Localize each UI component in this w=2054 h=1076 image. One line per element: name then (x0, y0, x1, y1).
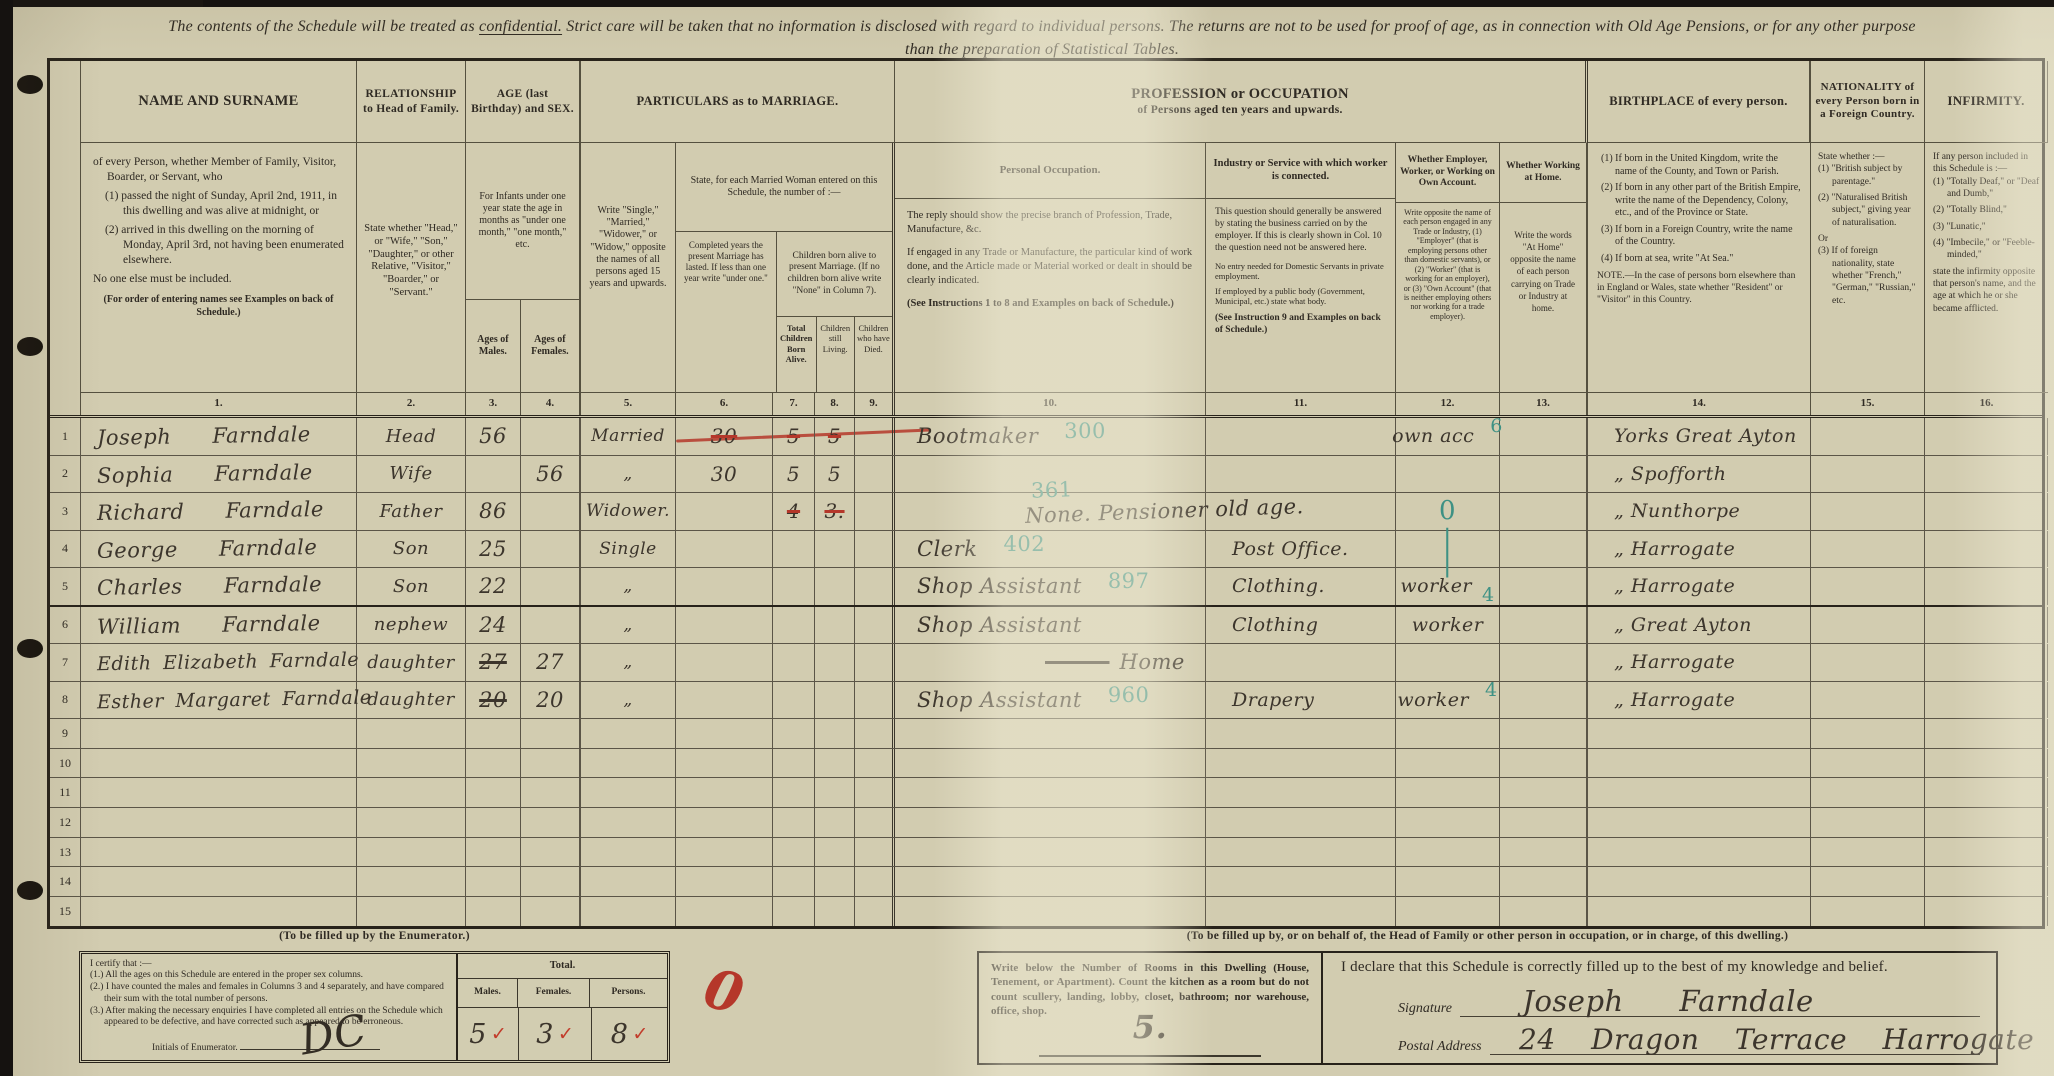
cell-f: 20 (521, 682, 581, 719)
instruction-text: (1) If born in the United Kingdom, write… (1597, 153, 1801, 178)
instruction-text: (4) "Imbecile," or "Feeble-minded," (1933, 237, 2040, 262)
instruction-text: If engaged in any Trade or Manufacture, … (907, 246, 1193, 287)
cell-died (855, 682, 895, 719)
handwritten-entry: 56 (479, 424, 507, 448)
cell-liv (815, 682, 855, 719)
cell-birth (1588, 897, 1811, 926)
cell-inf (1925, 531, 2048, 568)
handwritten-entry: Clothing (1232, 614, 1318, 636)
handwritten-entry: 897 (1108, 569, 1150, 593)
column-number: 5. (581, 393, 676, 415)
cell-nat (1811, 493, 1925, 530)
cell-occ (895, 838, 1206, 867)
table-row: 10 (50, 749, 2042, 779)
cell-emp (1396, 778, 1500, 807)
cell-yrs (676, 607, 773, 644)
household-section-heading: (To be filled up by, or on behalf of, th… (977, 930, 1998, 942)
column-number: 14. (1588, 393, 1811, 415)
cell-emp: worker4 (1396, 568, 1500, 605)
cell-name: Sophia Farndale (81, 456, 357, 493)
cell-occ (895, 867, 1206, 896)
cell-name (81, 808, 357, 837)
column-number: 8. (815, 393, 855, 415)
married-woman-header: State, for each Married Woman entered on… (676, 143, 892, 232)
row-number: 14 (50, 867, 81, 896)
cell-occ (895, 808, 1206, 837)
handwritten-entry: Drapery (1232, 689, 1314, 711)
cell-m: 20 (466, 682, 521, 719)
table-row: 14 (50, 867, 2042, 897)
postal-address-label: Postal Address (1398, 1039, 1482, 1055)
rooms-value: 5. (979, 1007, 1321, 1049)
certify-line: I certify that :— (90, 959, 448, 970)
cell-born (773, 838, 815, 867)
cell-home (1500, 778, 1588, 807)
handwritten-entry: 960 (1108, 683, 1150, 707)
cell-home (1500, 644, 1588, 681)
handwritten-entry: Wife (389, 463, 432, 484)
cell-birth: „ Nunthorpe (1588, 493, 1811, 530)
cell-occ (895, 778, 1206, 807)
table-row: 4George FarndaleSon25SingleClerk402Post … (50, 531, 2042, 569)
cell-ind: Drapery (1206, 682, 1396, 719)
cell-yrs (676, 644, 773, 681)
cell-died (855, 808, 895, 837)
handwritten-entry: 22 (479, 574, 507, 598)
cell-born (773, 607, 815, 644)
cell-ind (1206, 719, 1396, 748)
handwritten-entry: 3. (824, 499, 844, 523)
persons-header: Persons. (590, 979, 667, 1007)
cell-yrs: 30 (676, 456, 773, 493)
handwritten-entry: Son (393, 538, 429, 559)
ink-annotation: 361 (1031, 477, 1073, 502)
cell-home (1500, 456, 1588, 493)
rooms-box: Write below the Number of Rooms in this … (979, 953, 1323, 1063)
cell-name (81, 838, 357, 867)
handwritten-entry: 56 (536, 462, 564, 486)
children-living-header: Children still Living. (817, 317, 855, 392)
cell-yrs (676, 838, 773, 867)
cell-occ: Shop Assistant960 (895, 682, 1206, 719)
cell-f (521, 531, 581, 568)
infirmity-instructions: If any person included in this Schedule … (1925, 143, 2048, 393)
cell-ind (1206, 778, 1396, 807)
handwritten-entry: „ (623, 615, 632, 635)
cell-occ: None. Pensioner old age.361 (895, 493, 1206, 530)
cell-yrs (676, 778, 773, 807)
col-header-nationality: NATIONALITY of every Person born in a Fo… (1811, 61, 1925, 143)
children-died-header: Children who have Died. (855, 317, 892, 392)
working-at-home-header: Whether Working at Home. (1500, 143, 1586, 203)
age-subcolumns: Ages of Males. Ages of Females. (466, 299, 579, 392)
cell-birth: „ Harrogate (1588, 644, 1811, 681)
notice-line-1: The contents of the Schedule will be tre… (47, 15, 2037, 38)
cell-home (1500, 897, 1588, 926)
handwritten-entry: Shop Assistant (917, 574, 1082, 598)
handwritten-entry: 5 (787, 424, 800, 448)
cell-born (773, 644, 815, 681)
cell-emp (1396, 749, 1500, 778)
cell-birth (1588, 808, 1811, 837)
cell-f (521, 897, 581, 926)
cell-yrs (676, 897, 773, 926)
cell-m (466, 838, 521, 867)
cell-occ: ———Home (895, 644, 1206, 681)
cell-nat (1811, 418, 1925, 455)
handwritten-entry: „ (623, 464, 632, 484)
handwritten-entry: nephew (374, 614, 448, 635)
relationship-instructions: State whether "Head," or "Wife," "Son," … (357, 143, 466, 393)
cell-f (521, 867, 581, 896)
cell-ind: Clothing (1206, 607, 1396, 644)
cell-cond (581, 749, 676, 778)
cell-nat (1811, 838, 1925, 867)
check-mark: ✓ (632, 1023, 648, 1046)
cell-home (1500, 493, 1588, 530)
postal-address-handwriting: 24 Dragon Terrace Harrogate (1519, 1023, 2034, 1056)
cell-rel: Son (357, 531, 466, 568)
table-row: 3Richard FarndaleFather86Widower.43.None… (50, 493, 2042, 531)
handwritten-entry: „ (623, 690, 632, 710)
handwritten-entry: Bootmaker (917, 424, 1038, 448)
handwritten-entry: „ (623, 652, 632, 672)
cell-birth: „ Spofforth (1588, 456, 1811, 493)
certify-line: (1.) All the ages on this Schedule are e… (90, 970, 448, 981)
row-number: 4 (50, 531, 81, 568)
row-number: 7 (50, 644, 81, 681)
cell-yrs (676, 682, 773, 719)
cell-m (466, 749, 521, 778)
row-number: 6 (50, 607, 81, 644)
cell-name (81, 749, 357, 778)
cell-died (855, 778, 895, 807)
cell-liv (815, 897, 855, 926)
cell-name: Charles Farndale (81, 568, 357, 605)
cell-nat (1811, 867, 1925, 896)
cell-f (521, 607, 581, 644)
cell-cond: Single (581, 531, 676, 568)
total-header: Total. (458, 954, 667, 979)
enumerator-box: I certify that :— (1.) All the ages on t… (79, 951, 670, 1063)
cell-born: 5 (773, 418, 815, 455)
instruction-text: (1) passed the night of Sunday, April 2n… (93, 189, 344, 219)
handwritten-entry: Esther Margaret Farndale (97, 686, 372, 713)
col-header-name: NAME AND SURNAME (81, 61, 357, 143)
cell-emp: worker (1396, 607, 1500, 644)
column-number: 15. (1811, 393, 1925, 415)
cell-name (81, 897, 357, 926)
handwritten-entry: Edith Elizabeth Farndale (97, 649, 359, 676)
cell-home (1500, 808, 1588, 837)
cell-m (466, 897, 521, 926)
cell-inf (1925, 838, 2048, 867)
cell-died (855, 897, 895, 926)
cell-emp (1396, 838, 1500, 867)
cell-home (1500, 838, 1588, 867)
instruction-text: For Infants under one year state the age… (466, 143, 579, 299)
handwritten-entry: 4 (1482, 584, 1495, 606)
cell-home (1500, 607, 1588, 644)
column-number: 6. (676, 393, 773, 415)
rooms-underline (1039, 1055, 1261, 1057)
cell-f (521, 493, 581, 530)
handwritten-entry: 5 (828, 424, 841, 448)
cell-nat (1811, 644, 1925, 681)
age-instructions: For Infants under one year state the age… (466, 143, 581, 393)
cell-ind: Clothing. (1206, 568, 1396, 605)
cell-ind (1206, 808, 1396, 837)
cell-born: 4 (773, 493, 815, 530)
personal-occupation-header: Personal Occupation. (895, 143, 1205, 199)
cell-name: Joseph Farndale (81, 418, 357, 455)
instruction-text: (3) If of foreign nationality, state whe… (1818, 245, 1917, 307)
column-number: 13. (1500, 393, 1588, 415)
cell-m: 27 (466, 644, 521, 681)
cell-inf (1925, 568, 2048, 605)
cell-nat (1811, 456, 1925, 493)
hole-punch (17, 75, 43, 94)
cell-yrs (676, 531, 773, 568)
cell-f (521, 568, 581, 605)
cell-cond: „ (581, 644, 676, 681)
signature-label: Signature (1398, 1001, 1452, 1017)
cell-born (773, 778, 815, 807)
cell-name (81, 778, 357, 807)
cell-birth: „ Harrogate (1588, 682, 1811, 719)
instruction-text: State whether :— (1818, 151, 1917, 163)
cell-nat (1811, 897, 1925, 926)
cell-name: William Farndale (81, 607, 357, 644)
notice-text: The contents of the Schedule will be tre… (168, 18, 479, 35)
cell-cond (581, 867, 676, 896)
cell-cond (581, 838, 676, 867)
cell-inf (1925, 749, 2048, 778)
handwritten-entry: 4 (787, 499, 800, 523)
cell-name (81, 867, 357, 896)
cell-liv (815, 749, 855, 778)
table-row: 9 (50, 719, 2042, 749)
cell-born (773, 719, 815, 748)
cell-born (773, 897, 815, 926)
cell-emp (1396, 897, 1500, 926)
name-column-instructions: of every Person, whether Member of Famil… (81, 143, 357, 393)
rooms-handwriting: 5. (1133, 1008, 1167, 1046)
row-number: 15 (50, 897, 81, 926)
cell-occ: Shop Assistant897 (895, 568, 1206, 605)
handwritten-entry: 86 (479, 499, 507, 523)
cell-occ: Clerk402 (895, 531, 1206, 568)
cell-liv (815, 808, 855, 837)
cell-cond: Married (581, 418, 676, 455)
cell-birth: Yorks Great Ayton (1588, 418, 1811, 455)
cell-nat (1811, 808, 1925, 837)
cell-f: 56 (521, 456, 581, 493)
postal-address-row: Postal Address 24 Dragon Terrace Harroga… (1398, 1024, 1980, 1055)
cell-nat (1811, 568, 1925, 605)
cell-died (855, 644, 895, 681)
cell-inf (1925, 456, 2048, 493)
cell-inf (1925, 493, 2048, 530)
handwritten-entry: Father (379, 501, 442, 522)
cell-died (855, 867, 895, 896)
instruction-text: (1) "British subject by parentage." (1818, 163, 1917, 188)
handwritten-entry: worker (1412, 614, 1484, 636)
cell-cond: „ (581, 682, 676, 719)
cell-name: Richard Farndale (81, 493, 357, 530)
cell-home (1500, 568, 1588, 605)
females-value: 3 (536, 1019, 554, 1050)
row-number: 11 (50, 778, 81, 807)
instruction-text: No entry needed for Domestic Servants in… (1215, 261, 1386, 282)
cell-born (773, 749, 815, 778)
cell-rel (357, 778, 466, 807)
cell-inf (1925, 897, 2048, 926)
signature-handwriting: Joseph Farndale (1522, 984, 1813, 1018)
handwritten-entry: Married (591, 426, 665, 446)
table-row: 7Edith Elizabeth Farndaledaughter2727„——… (50, 644, 2042, 682)
handwritten-entry: 27 (536, 650, 564, 674)
cell-emp: own acc6 (1396, 418, 1500, 455)
handwritten-entry: Single (599, 539, 656, 559)
hole-punch (17, 337, 43, 356)
cell-liv: 5 (815, 456, 855, 493)
cell-emp: | (1396, 531, 1500, 568)
cell-rel (357, 897, 466, 926)
cell-birth (1588, 867, 1811, 896)
cell-liv (815, 719, 855, 748)
cell-died (855, 607, 895, 644)
cell-m (466, 867, 521, 896)
instruction-text: (See Instruction 9 and Examples on back … (1215, 313, 1386, 337)
cell-liv (815, 778, 855, 807)
handwritten-entry: 30 (711, 424, 737, 448)
handwritten-entry: William Farndale (97, 611, 321, 639)
cell-emp (1396, 456, 1500, 493)
cell-home (1500, 418, 1588, 455)
postal-address-line: 24 Dragon Terrace Harrogate (1490, 1024, 1980, 1055)
certify-line: (2.) I have counted the males and female… (90, 982, 448, 1004)
signature-line: Joseph Farndale (1460, 986, 1980, 1017)
handwritten-entry: 20 (536, 688, 564, 712)
cell-f (521, 749, 581, 778)
handwritten-entry: ——— (1045, 650, 1110, 674)
row-number-column-header (50, 61, 81, 415)
column-number: 3. (466, 393, 521, 415)
cell-ind (1206, 838, 1396, 867)
totals-table: Total. Males. Females. Persons. 5✓ 3✓ 8✓ (456, 954, 667, 1060)
cell-inf (1925, 644, 2048, 681)
cell-ind (1206, 493, 1396, 530)
cell-born (773, 682, 815, 719)
cell-rel: Father (357, 493, 466, 530)
cell-liv: 5 (815, 418, 855, 455)
col-header-birthplace: BIRTHPLACE of every person. (1588, 61, 1811, 143)
profession-title: PROFESSION or OCCUPATION (1131, 85, 1348, 103)
cell-liv: 3. (815, 493, 855, 530)
cell-home (1500, 719, 1588, 748)
cell-inf (1925, 867, 2048, 896)
cell-born: 5 (773, 456, 815, 493)
cell-died (855, 418, 895, 455)
cell-yrs (676, 867, 773, 896)
handwritten-entry: George Farndale (97, 535, 318, 563)
col-header-profession: PROFESSION or OCCUPATION of Persons aged… (895, 61, 1588, 143)
declaration-text: I declare that this Schedule is correctl… (1341, 959, 1978, 976)
males-value: 5 (469, 1019, 487, 1050)
handwritten-entry: Post Office. (1232, 538, 1349, 560)
table-body: 1Joseph FarndaleHead56Married3055Bootmak… (50, 418, 2042, 926)
cell-ind (1206, 897, 1396, 926)
cell-cond: „ (581, 456, 676, 493)
handwritten-entry: own acc (1392, 425, 1474, 447)
handwritten-entry: Clerk (917, 537, 977, 561)
handwritten-entry: „ Spofforth (1614, 463, 1726, 485)
cell-yrs (676, 493, 773, 530)
column-number: 10. (895, 393, 1206, 415)
instruction-text: (2) arrived in this dwelling on the morn… (93, 223, 344, 268)
cell-ind (1206, 644, 1396, 681)
instruction-text: (2) "Naturalised British subject," givin… (1818, 192, 1917, 229)
males-header: Males. (458, 979, 518, 1007)
cell-nat (1811, 607, 1925, 644)
cell-birth (1588, 749, 1811, 778)
at-home-instructions: Whether Working at Home. Write the words… (1500, 143, 1588, 393)
instruction-text: (2) If born in any other part of the Bri… (1597, 182, 1801, 220)
persons-total: 8✓ (592, 1008, 667, 1060)
cell-home (1500, 749, 1588, 778)
cell-cond (581, 778, 676, 807)
row-number: 8 (50, 682, 81, 719)
handwritten-entry: „ Great Ayton (1614, 614, 1752, 636)
cell-ind (1206, 749, 1396, 778)
cell-occ (895, 749, 1206, 778)
cell-liv (815, 867, 855, 896)
handwritten-entry: 4 (1485, 679, 1498, 701)
column-number: 12. (1396, 393, 1500, 415)
handwritten-entry: Head (386, 426, 437, 447)
handwritten-entry: „ Nunthorpe (1614, 500, 1740, 522)
table-row: 6William Farndalenephew24„Shop Assistant… (50, 607, 2042, 645)
table-row: 13 (50, 838, 2042, 868)
row-number: 2 (50, 456, 81, 493)
cell-liv (815, 531, 855, 568)
column-number: 16. (1925, 393, 2048, 415)
cell-born (773, 808, 815, 837)
column-number: 7. (773, 393, 815, 415)
cell-birth: „ Great Ayton (1588, 607, 1811, 644)
cell-home (1500, 531, 1588, 568)
cell-m (466, 456, 521, 493)
cell-m: 25 (466, 531, 521, 568)
instruction-text: Or (1818, 233, 1917, 245)
cell-nat (1811, 531, 1925, 568)
cell-ind (1206, 867, 1396, 896)
instruction-text: (1) "Totally Deaf," or "Deaf and Dumb," (1933, 176, 2040, 201)
cell-rel: daughter (357, 682, 466, 719)
handwritten-entry: worker (1400, 575, 1472, 597)
notice-text: Strict care will be taken that no inform… (562, 18, 1916, 35)
cell-m (466, 808, 521, 837)
cell-m: 86 (466, 493, 521, 530)
handwritten-entry: „ (623, 576, 632, 596)
cell-yrs (676, 568, 773, 605)
row-number: 5 (50, 568, 81, 605)
cell-born (773, 568, 815, 605)
cell-nat (1811, 682, 1925, 719)
table-row: 1Joseph FarndaleHead56Married3055Bootmak… (50, 418, 2042, 456)
cell-m: 22 (466, 568, 521, 605)
